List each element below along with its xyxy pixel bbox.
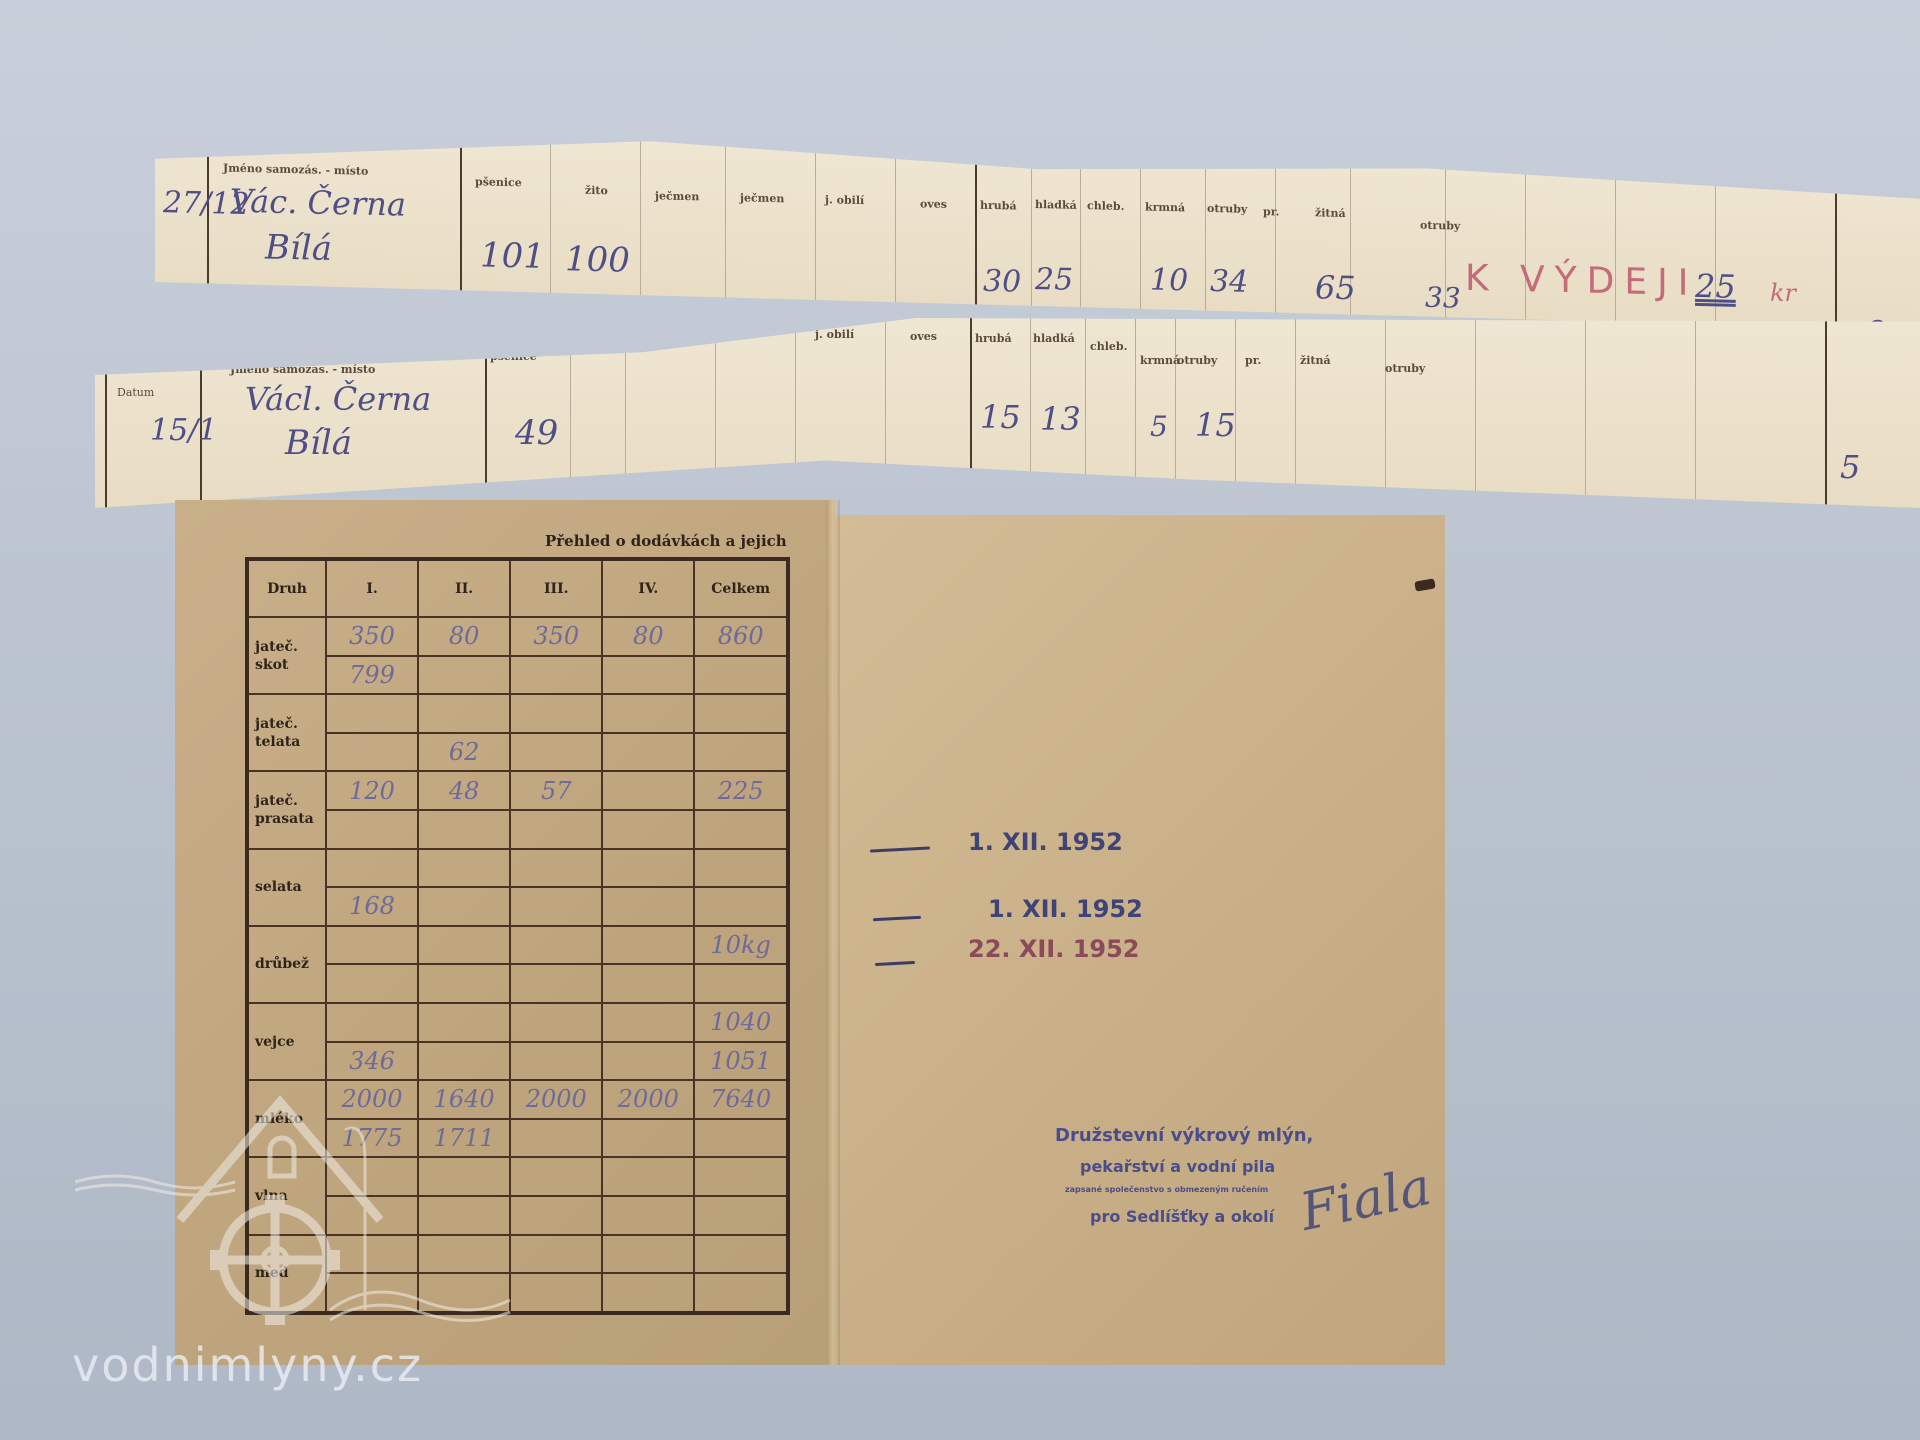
name-line-1: Václ. Černa: [245, 380, 431, 418]
table-cell: [418, 849, 510, 888]
table-cell: [510, 1235, 602, 1274]
table-cell: 62: [418, 733, 510, 772]
table-row: 3461051: [247, 1042, 788, 1081]
row-label: jateč. skot: [247, 617, 326, 694]
table-cell: [694, 964, 788, 1003]
header-hladka: hladká: [1033, 332, 1075, 345]
table-cell: [694, 1273, 788, 1313]
table-cell: [510, 964, 602, 1003]
col-celkem: Celkem: [694, 559, 788, 617]
table-cell: [510, 656, 602, 695]
header-pr: pr.: [1245, 354, 1261, 367]
table-row: 168: [247, 887, 788, 926]
table-cell: [326, 1003, 418, 1042]
table-cell: [418, 887, 510, 926]
table-row: 799: [247, 656, 788, 695]
table-cell: [510, 733, 602, 772]
psenice-value: 101: [480, 235, 545, 276]
col-iii: III.: [510, 559, 602, 617]
table-row: jateč. skot3508035080860: [247, 617, 788, 656]
header-chleb: chleb.: [1087, 199, 1124, 213]
table-cell: [326, 964, 418, 1003]
table-cell: [602, 1119, 694, 1158]
header-psenice: pšenice: [490, 350, 537, 363]
header-zitna: žitná: [1315, 206, 1346, 220]
table-cell: [510, 1119, 602, 1158]
date-stamp-3: 22. XII. 1952: [968, 935, 1140, 963]
table-cell: [694, 887, 788, 926]
table-cell: 2000: [510, 1080, 602, 1119]
row-label: vejce: [247, 1003, 326, 1080]
row-label: jateč. telata: [247, 694, 326, 771]
table-cell: 225: [694, 771, 788, 810]
ration-strip-bottom: Datum Jméno samozás. - místo pšenice žit…: [95, 318, 1920, 508]
hruba-value: 15: [980, 398, 1021, 436]
date-stamp-2: 1. XII. 1952: [988, 895, 1143, 923]
hruba-value: 30: [983, 264, 1021, 300]
table-cell: [694, 733, 788, 772]
otruby-2-value: 33: [1425, 281, 1461, 315]
table-title: Přehled o dodávkách a jejich: [545, 532, 787, 550]
header-oves: oves: [910, 330, 937, 343]
table-cell: [694, 1119, 788, 1158]
name-line-2: Bílá: [265, 227, 332, 269]
table-cell: 48: [418, 771, 510, 810]
table-cell: [510, 1273, 602, 1313]
zitna-value: 65: [1315, 268, 1356, 307]
office-stamp-line-4: pro Sedlíšťky a okolí: [1090, 1207, 1274, 1226]
table-cell: 2000: [602, 1080, 694, 1119]
table-cell: [602, 1042, 694, 1081]
table-cell: [418, 1042, 510, 1081]
table-cell: [510, 849, 602, 888]
table-row: [247, 810, 788, 849]
watermark-text: vodnimlyny.cz: [72, 1338, 423, 1392]
header-krmna: krmná: [1140, 354, 1180, 367]
table-cell: [694, 849, 788, 888]
header-hladka: hladká: [1035, 198, 1077, 212]
header-jecmen-2: ječmen: [725, 326, 769, 339]
otruby-value: 15: [1195, 406, 1236, 444]
col-ii: II.: [418, 559, 510, 617]
name-line-1: Vác. Černa: [230, 182, 406, 224]
table-cell: [510, 887, 602, 926]
table-cell: [602, 1157, 694, 1196]
table-cell: [694, 1235, 788, 1274]
table-cell: 860: [694, 617, 788, 656]
ration-strip-top: Jméno samozás. - místo pšenice žito ječm…: [155, 130, 1920, 330]
header-datum: Datum: [117, 386, 154, 399]
hladka-value: 25: [1035, 262, 1073, 298]
table-cell: 346: [326, 1042, 418, 1081]
header-otruby-2: otruby: [1385, 362, 1425, 375]
header-psenice: pšenice: [475, 175, 522, 189]
table-row: 62: [247, 733, 788, 772]
table-header-row: Druh I. II. III. IV. Celkem: [247, 559, 788, 617]
table-cell: 799: [326, 656, 418, 695]
header-oves: oves: [920, 197, 947, 211]
table-row: jateč. prasata1204857225: [247, 771, 788, 810]
table-cell: [694, 1196, 788, 1235]
table-cell: 80: [418, 617, 510, 656]
krmna-value: 10: [1150, 263, 1188, 299]
header-jecmen: ječmen: [655, 189, 699, 203]
office-stamp-line-3: zapsané společenstvo s obmezeným ručením: [1065, 1185, 1268, 1194]
table-cell: [418, 926, 510, 965]
table-cell: [510, 926, 602, 965]
mill-logo-icon: [75, 1090, 515, 1330]
table-cell: [326, 694, 418, 733]
table-cell: [602, 1003, 694, 1042]
table-cell: [418, 964, 510, 1003]
header-zito: žito: [575, 328, 598, 341]
table-cell: [418, 1003, 510, 1042]
table-cell: [602, 964, 694, 1003]
table-cell: [418, 810, 510, 849]
header-pr: pr.: [1263, 205, 1279, 218]
table-cell: [694, 656, 788, 695]
name-line-2: Bílá: [285, 423, 352, 463]
table-row: vejce1040: [247, 1003, 788, 1042]
row-label: drůbež: [247, 926, 326, 1003]
table-cell: [694, 810, 788, 849]
header-otruby: otruby: [1207, 202, 1247, 216]
table-cell: [418, 656, 510, 695]
header-name: Jméno samozás. - místo: [223, 162, 368, 178]
table-cell: [602, 694, 694, 733]
table-cell: [510, 1196, 602, 1235]
table-cell: [602, 656, 694, 695]
table-cell: [602, 1196, 694, 1235]
col-iv: IV.: [602, 559, 694, 617]
table-cell: [326, 733, 418, 772]
table-cell: 1040: [694, 1003, 788, 1042]
header-zito: žito: [585, 184, 608, 198]
header-hruba: hrubá: [980, 199, 1017, 213]
booklet-right-page: [835, 515, 1445, 1365]
table-cell: 168: [326, 887, 418, 926]
table-row: selata: [247, 849, 788, 888]
header-j-obili: j. obilí: [825, 193, 864, 207]
table-row: [247, 964, 788, 1003]
table-cell: [694, 694, 788, 733]
header-otruby-2: otruby: [1420, 219, 1460, 233]
table-cell: [510, 810, 602, 849]
last-value: 5: [1840, 448, 1860, 486]
table-cell: [602, 1273, 694, 1313]
table-cell: [602, 733, 694, 772]
header-jecmen: ječmen: [635, 326, 679, 339]
table-cell: [510, 1042, 602, 1081]
table-cell: 1051: [694, 1042, 788, 1081]
table-cell: 10kg: [694, 926, 788, 965]
table-cell: [326, 926, 418, 965]
header-jecmen-2: ječmen: [740, 191, 784, 205]
table-cell: 80: [602, 617, 694, 656]
k-vydeji-stamp: K VÝDEJI: [1465, 258, 1698, 304]
office-stamp-line-1: Družstevní výkrový mlýn,: [1055, 1125, 1313, 1146]
table-cell: [510, 1003, 602, 1042]
table-cell: [602, 887, 694, 926]
table-cell: 7640: [694, 1080, 788, 1119]
amount-value: 25: [1695, 267, 1736, 306]
col-i: I.: [326, 559, 418, 617]
header-otruby: otruby: [1177, 354, 1217, 367]
table-cell: 350: [326, 617, 418, 656]
table-row: jateč. telata: [247, 694, 788, 733]
booklet-spine: [826, 500, 840, 1365]
col-druh: Druh: [247, 559, 326, 617]
table-cell: 57: [510, 771, 602, 810]
table-cell: [694, 1157, 788, 1196]
header-zitna: žitná: [1300, 354, 1331, 367]
unit-value: kr: [1770, 279, 1796, 308]
table-cell: [418, 694, 510, 733]
table-cell: [326, 849, 418, 888]
otruby-value: 34: [1210, 264, 1248, 300]
psenice-value: 49: [515, 413, 558, 453]
table-cell: [602, 810, 694, 849]
table-row: drůbež10kg: [247, 926, 788, 965]
header-hruba: hrubá: [975, 332, 1012, 345]
table-cell: [510, 1157, 602, 1196]
header-krmna: krmná: [1145, 200, 1185, 214]
table-cell: 120: [326, 771, 418, 810]
table-cell: [602, 771, 694, 810]
row-label: selata: [247, 849, 326, 926]
table-cell: [602, 849, 694, 888]
zito-value: 100: [565, 239, 630, 280]
header-name: Jméno samozás. - místo: [230, 363, 375, 376]
office-stamp-line-2: pekařství a vodní pila: [1080, 1157, 1275, 1176]
row-label: jateč. prasata: [247, 771, 326, 848]
date-value: 15/1: [150, 413, 217, 448]
table-cell: [602, 1235, 694, 1274]
table-cell: [602, 926, 694, 965]
header-chleb: chleb.: [1090, 340, 1127, 353]
header-j-obili: j. obilí: [815, 328, 854, 341]
krmna-value: 5: [1150, 410, 1168, 443]
table-cell: 350: [510, 617, 602, 656]
date-stamp-1: 1. XII. 1952: [968, 828, 1123, 856]
table-cell: [326, 810, 418, 849]
hladka-value: 13: [1040, 400, 1081, 438]
table-cell: [510, 694, 602, 733]
